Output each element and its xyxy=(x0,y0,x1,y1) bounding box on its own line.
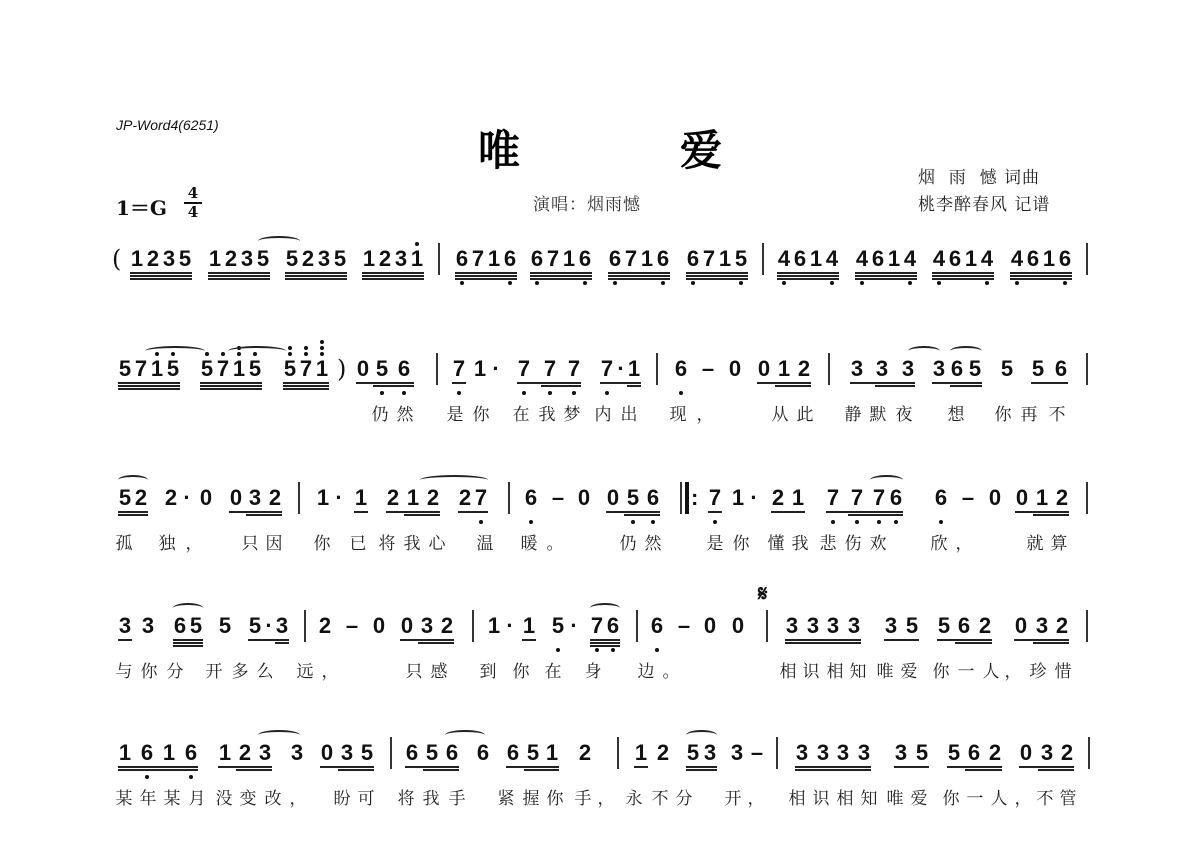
beam-underline xyxy=(275,639,289,641)
note: 3 xyxy=(1035,615,1049,637)
lyric-char: 孤 xyxy=(112,529,136,554)
note-digit: 2 xyxy=(1060,742,1074,764)
note-digit: 7 xyxy=(708,487,722,509)
beam-underline xyxy=(404,511,440,513)
note-digit: 1 xyxy=(777,358,791,380)
beam-underline xyxy=(362,278,424,280)
lyric-char: 我 xyxy=(400,529,424,554)
lyric-char: 然 xyxy=(393,400,417,425)
note-digit: 2 xyxy=(978,615,992,637)
note: 2 xyxy=(1055,487,1069,509)
barline xyxy=(1086,353,1088,385)
note: 0 xyxy=(199,487,213,509)
note: 1 xyxy=(545,742,559,764)
note: 7 xyxy=(850,487,864,509)
note-digit: 5 xyxy=(283,358,297,380)
barline xyxy=(636,610,638,642)
lyric-char: 。 xyxy=(659,657,683,682)
note-digit: 6 xyxy=(184,742,198,764)
time-signature-top: 4 xyxy=(184,186,202,201)
note: 1 xyxy=(354,487,368,509)
slur xyxy=(420,475,488,485)
lyric-char: 不 xyxy=(648,784,672,809)
note: 4 xyxy=(777,248,791,270)
lyric-char: ， xyxy=(744,784,768,809)
barline xyxy=(1086,482,1088,514)
beam-underline xyxy=(208,275,270,277)
note: 2 xyxy=(268,487,282,509)
note: 1 xyxy=(627,358,641,380)
note-digit: 2 xyxy=(318,615,332,637)
note-digit: 7 xyxy=(590,615,604,637)
note-digit: 1 xyxy=(162,742,176,764)
note-digit: 6 xyxy=(871,248,885,270)
note-digit: 1 xyxy=(406,487,420,509)
note: 6 xyxy=(948,248,962,270)
lyric-char: ， xyxy=(182,529,206,554)
note-digit: 5 xyxy=(189,615,203,637)
note-digit: 3 xyxy=(836,742,850,764)
octave-down-dot xyxy=(583,281,587,285)
note-digit: 6 xyxy=(405,742,419,764)
note-digit: 7 xyxy=(624,248,638,270)
note-digit: 7 xyxy=(567,358,581,380)
beam-underline xyxy=(173,645,203,647)
barline xyxy=(1088,737,1090,769)
beam-underline xyxy=(965,766,1002,768)
note: 2 xyxy=(771,487,785,509)
note: 6 xyxy=(476,742,490,764)
note: · xyxy=(503,615,517,637)
note: 6 xyxy=(173,615,187,637)
note-digit: 1 xyxy=(1035,487,1049,509)
beam-underline xyxy=(130,278,192,280)
lyric-char: 你 xyxy=(729,529,753,554)
note: 2 xyxy=(797,358,811,380)
note-digit: 3 xyxy=(275,615,289,637)
beam-underline xyxy=(236,766,272,768)
note-digit: 5 xyxy=(937,615,951,637)
lyric-char: 相 xyxy=(785,784,809,809)
note: 3 xyxy=(816,742,830,764)
note: 5 xyxy=(734,248,748,270)
beam-underline xyxy=(130,272,192,274)
beam-underline xyxy=(455,278,517,280)
lyric-char: 人 xyxy=(979,657,1003,682)
lyric-char: 将 xyxy=(375,529,399,554)
lyric-char: 相 xyxy=(833,784,857,809)
octave-down-dot xyxy=(830,281,834,285)
note-digit: 6 xyxy=(948,248,962,270)
note-digit: 0 xyxy=(372,615,386,637)
lyric-char: 想 xyxy=(944,400,968,425)
octave-down-dot xyxy=(877,520,881,524)
note-digit: 1 xyxy=(316,487,330,509)
lyric-char: ， xyxy=(286,784,310,809)
beam-underline xyxy=(118,769,198,771)
note: 1 xyxy=(218,742,232,764)
note: 3 xyxy=(901,358,915,380)
note: 7 xyxy=(546,248,560,270)
note: – xyxy=(677,615,691,637)
note: 2 xyxy=(146,248,160,270)
note: 7 xyxy=(624,248,638,270)
lyric-char: 算 xyxy=(1047,529,1071,554)
note: 7 xyxy=(474,487,488,509)
lyric-char: ， xyxy=(1001,657,1025,682)
note: 3 xyxy=(894,742,908,764)
note: 6 xyxy=(1026,248,1040,270)
open-paren: ( xyxy=(112,245,121,273)
barline xyxy=(766,610,768,642)
note-digit: 0 xyxy=(1014,615,1028,637)
note-digit: 2 xyxy=(268,487,282,509)
note: 5 xyxy=(905,615,919,637)
octave-down-dot xyxy=(508,281,512,285)
beam-underline xyxy=(875,382,915,384)
note-digit: 5 xyxy=(248,615,262,637)
note-digit: 3 xyxy=(703,742,717,764)
augmentation-dot: · xyxy=(567,615,581,637)
note: 6 xyxy=(674,358,688,380)
repeat-barline-thick xyxy=(685,482,689,514)
octave-down-dot xyxy=(937,281,941,285)
note: 1 xyxy=(487,248,501,270)
octave-down-dot xyxy=(855,520,859,524)
beam-underline xyxy=(118,385,180,387)
note-digit: 5 xyxy=(905,615,919,637)
note: 7 xyxy=(134,358,148,380)
note: 6 xyxy=(656,248,670,270)
barline xyxy=(762,243,764,275)
beam-underline xyxy=(200,388,262,390)
note: 6 xyxy=(506,742,520,764)
beam-underline xyxy=(1010,275,1072,277)
note-digit: 2 xyxy=(134,487,148,509)
lyric-char: 此 xyxy=(793,400,817,425)
barline xyxy=(656,353,658,385)
note-digit: 5 xyxy=(256,248,270,270)
slur xyxy=(228,346,286,356)
lyric-char: ， xyxy=(952,529,976,554)
beam-underline xyxy=(118,511,148,513)
note-digit: 7 xyxy=(216,358,230,380)
note-digit: 5 xyxy=(526,742,540,764)
octave-down-dot xyxy=(457,391,461,395)
note: · xyxy=(262,615,276,637)
beam-underline xyxy=(285,272,347,274)
note: 6 xyxy=(793,248,807,270)
note-digit: 2 xyxy=(656,742,670,764)
note-digit: 0 xyxy=(728,358,742,380)
note-digit: 3 xyxy=(816,742,830,764)
slur xyxy=(445,730,485,740)
note-digit: 6 xyxy=(506,742,520,764)
note: 6 xyxy=(445,742,459,764)
note: 5 xyxy=(256,248,270,270)
note: 6 xyxy=(524,487,538,509)
octave-down-dot xyxy=(145,775,149,779)
note-digit: 1 xyxy=(809,248,823,270)
note-digit: 2 xyxy=(164,487,178,509)
note: 7 xyxy=(872,487,886,509)
note: 2 xyxy=(1060,742,1074,764)
lyric-char: 管 xyxy=(1056,784,1080,809)
lyric-char: 珍 xyxy=(1026,657,1050,682)
beam-underline xyxy=(965,769,1002,771)
note-digit: 2 xyxy=(988,742,1002,764)
octave-down-dot xyxy=(985,281,989,285)
beam-underline xyxy=(530,272,592,274)
octave-down-dot xyxy=(189,775,193,779)
octave-down-dot xyxy=(908,281,912,285)
note: 5 xyxy=(686,742,700,764)
note: 7 xyxy=(216,358,230,380)
octave-down-dot xyxy=(782,281,786,285)
beam-underline xyxy=(283,382,329,384)
note: 7 xyxy=(517,358,531,380)
note-digit: 3 xyxy=(1040,742,1054,764)
note-digit: 6 xyxy=(674,358,688,380)
note: 6 xyxy=(184,742,198,764)
lyric-char: 爱 xyxy=(907,784,931,809)
note: 3 xyxy=(875,358,889,380)
beam-underline xyxy=(777,278,839,280)
beam-underline xyxy=(894,766,929,768)
note-digit: 5 xyxy=(1031,358,1045,380)
lyric-char: 内 xyxy=(591,400,615,425)
lyric-char: 现 xyxy=(666,400,690,425)
note-digit: 1 xyxy=(362,248,376,270)
note: 3 xyxy=(847,615,861,637)
note-digit: 1 xyxy=(887,248,901,270)
note: 7 xyxy=(543,358,557,380)
lyric-char: 再 xyxy=(1017,400,1041,425)
note: 6 xyxy=(140,742,154,764)
title-char-2: 爱 xyxy=(680,118,722,178)
octave-up-dot xyxy=(304,346,308,350)
beam-underline xyxy=(634,766,648,768)
octave-down-dot xyxy=(739,281,743,285)
lyric-char: 。 xyxy=(543,529,567,554)
beam-underline xyxy=(423,766,459,768)
beam-underline xyxy=(524,769,559,771)
note-digit: 6 xyxy=(934,487,948,509)
note: 1 xyxy=(487,615,501,637)
lyric-char: 你 xyxy=(469,400,493,425)
beam-underline xyxy=(608,272,670,274)
note: 2 xyxy=(386,487,400,509)
beam-underline xyxy=(777,275,839,277)
note-digit: 3 xyxy=(118,615,132,637)
beam-underline xyxy=(1033,514,1069,516)
beam-underline xyxy=(118,514,148,516)
octave-down-dot xyxy=(651,520,655,524)
augmentation-dot: · xyxy=(332,487,346,509)
note-digit: 6 xyxy=(445,742,459,764)
note-digit: 1 xyxy=(130,248,144,270)
note: 6 xyxy=(871,248,885,270)
beam-underline xyxy=(795,766,871,768)
note: 5 xyxy=(200,358,214,380)
beam-underline xyxy=(1033,642,1069,644)
beam-underline xyxy=(1010,272,1072,274)
lyric-char: 知 xyxy=(846,657,870,682)
note-digit: 4 xyxy=(903,248,917,270)
beam-underline xyxy=(1031,382,1068,384)
note: 3 xyxy=(420,615,434,637)
octave-down-dot xyxy=(1063,281,1067,285)
octave-down-dot xyxy=(522,391,526,395)
augmentation-dot: · xyxy=(503,615,517,637)
slur xyxy=(258,236,300,246)
note-digit: 6 xyxy=(1058,248,1072,270)
beam-underline xyxy=(686,278,748,280)
beam-underline xyxy=(418,642,454,644)
beam-underline xyxy=(338,766,374,768)
beam-underline xyxy=(458,511,488,513)
note-digit: 5 xyxy=(200,358,214,380)
note-digit: 1 xyxy=(964,248,978,270)
lyric-char: 相 xyxy=(776,657,800,682)
note-digit: 5 xyxy=(360,742,374,764)
note-digit: 5 xyxy=(118,358,132,380)
beam-underline xyxy=(118,766,198,768)
lyric-char: 然 xyxy=(641,529,665,554)
note: 0 xyxy=(320,742,334,764)
note: 6 xyxy=(405,742,419,764)
note: 5 xyxy=(375,358,389,380)
note-digit: 3 xyxy=(317,248,331,270)
note-digit: 5 xyxy=(915,742,929,764)
note-digit: 1 xyxy=(315,358,329,380)
octave-down-dot xyxy=(831,520,835,524)
note-digit: 3 xyxy=(420,615,434,637)
barline xyxy=(828,353,830,385)
note: 5 xyxy=(915,742,929,764)
barline xyxy=(508,482,510,514)
beam-underline xyxy=(200,382,262,384)
note: 6 xyxy=(578,248,592,270)
note: 1 xyxy=(362,248,376,270)
note: 6 xyxy=(1058,248,1072,270)
note-digit: 6 xyxy=(173,615,187,637)
note: 1 xyxy=(118,742,132,764)
note: 2 xyxy=(238,742,252,764)
lyric-char: 年 xyxy=(136,784,160,809)
note-digit: 5 xyxy=(947,742,961,764)
note: 5 xyxy=(218,615,232,637)
note: 3 xyxy=(932,358,946,380)
beam-underline xyxy=(285,275,347,277)
note: 4 xyxy=(980,248,994,270)
note: 3 xyxy=(340,742,354,764)
note-digit: 3 xyxy=(857,742,871,764)
beam-underline xyxy=(775,382,811,384)
lyric-char: 是 xyxy=(703,529,727,554)
note: 3 xyxy=(826,615,840,637)
note: 4 xyxy=(855,248,869,270)
barline xyxy=(304,610,306,642)
note-digit: 7 xyxy=(299,358,313,380)
note: 0 xyxy=(728,358,742,380)
note: 0 xyxy=(731,615,745,637)
note: 3 xyxy=(730,742,744,764)
note-digit: 5 xyxy=(285,248,299,270)
note-digit: 0 xyxy=(606,487,620,509)
note-digit: 7 xyxy=(517,358,531,380)
note-digit: 1 xyxy=(410,248,424,270)
note-digit: 5 xyxy=(551,615,565,637)
note: · xyxy=(567,615,581,637)
lyric-char: 分 xyxy=(672,784,696,809)
note-digit: 2 xyxy=(1055,487,1069,509)
note: 2 xyxy=(578,742,592,764)
note-digit: 1 xyxy=(487,248,501,270)
note-digit: 1 xyxy=(718,248,732,270)
note: 2 xyxy=(224,248,238,270)
beam-underline xyxy=(590,645,620,647)
lyric-char: 惜 xyxy=(1051,657,1075,682)
dash: – xyxy=(701,358,715,380)
note: 5 xyxy=(333,248,347,270)
beam-underline xyxy=(283,388,329,390)
beam-underline xyxy=(173,639,203,641)
augmentation-dot: · xyxy=(180,487,194,509)
beam-underline xyxy=(708,511,722,513)
note: 0 xyxy=(1014,615,1028,637)
beam-underline xyxy=(236,769,272,771)
beam-underline xyxy=(455,272,517,274)
lyric-char: 只 xyxy=(238,529,262,554)
beam-underline xyxy=(354,511,368,513)
lyric-char: 识 xyxy=(799,657,823,682)
note: 0 xyxy=(229,487,243,509)
octave-down-dot xyxy=(894,520,898,524)
note: 3 xyxy=(162,248,176,270)
lyric-char: 身 xyxy=(581,657,605,682)
note-digit: 3 xyxy=(162,248,176,270)
close-paren: ) xyxy=(337,355,346,383)
lyric-char: 你 xyxy=(939,784,963,809)
note-digit: 3 xyxy=(394,248,408,270)
note-digit: 3 xyxy=(340,742,354,764)
beam-underline xyxy=(118,388,180,390)
lyric-char: ， xyxy=(594,784,618,809)
beam-underline xyxy=(795,769,871,771)
octave-down-dot xyxy=(572,391,576,395)
lyric-char: 某 xyxy=(112,784,136,809)
note-digit: 3 xyxy=(847,615,861,637)
note-digit: 3 xyxy=(141,615,155,637)
time-signature: 4 4 xyxy=(184,186,202,220)
beam-underline xyxy=(686,272,748,274)
note: 7 xyxy=(471,248,485,270)
note-digit: 2 xyxy=(578,742,592,764)
note: 1 xyxy=(162,742,176,764)
note: 6 xyxy=(950,358,964,380)
note: – xyxy=(551,487,565,509)
note: 5 xyxy=(248,615,262,637)
lyric-char: 将 xyxy=(394,784,418,809)
lyric-char: 手 xyxy=(445,784,469,809)
repeat-barline-thin xyxy=(680,482,682,514)
note: 2 xyxy=(1055,615,1069,637)
lyric-char: 识 xyxy=(809,784,833,809)
note: 1 xyxy=(731,487,745,509)
beam-underline xyxy=(455,275,517,277)
note: 2 xyxy=(440,615,454,637)
